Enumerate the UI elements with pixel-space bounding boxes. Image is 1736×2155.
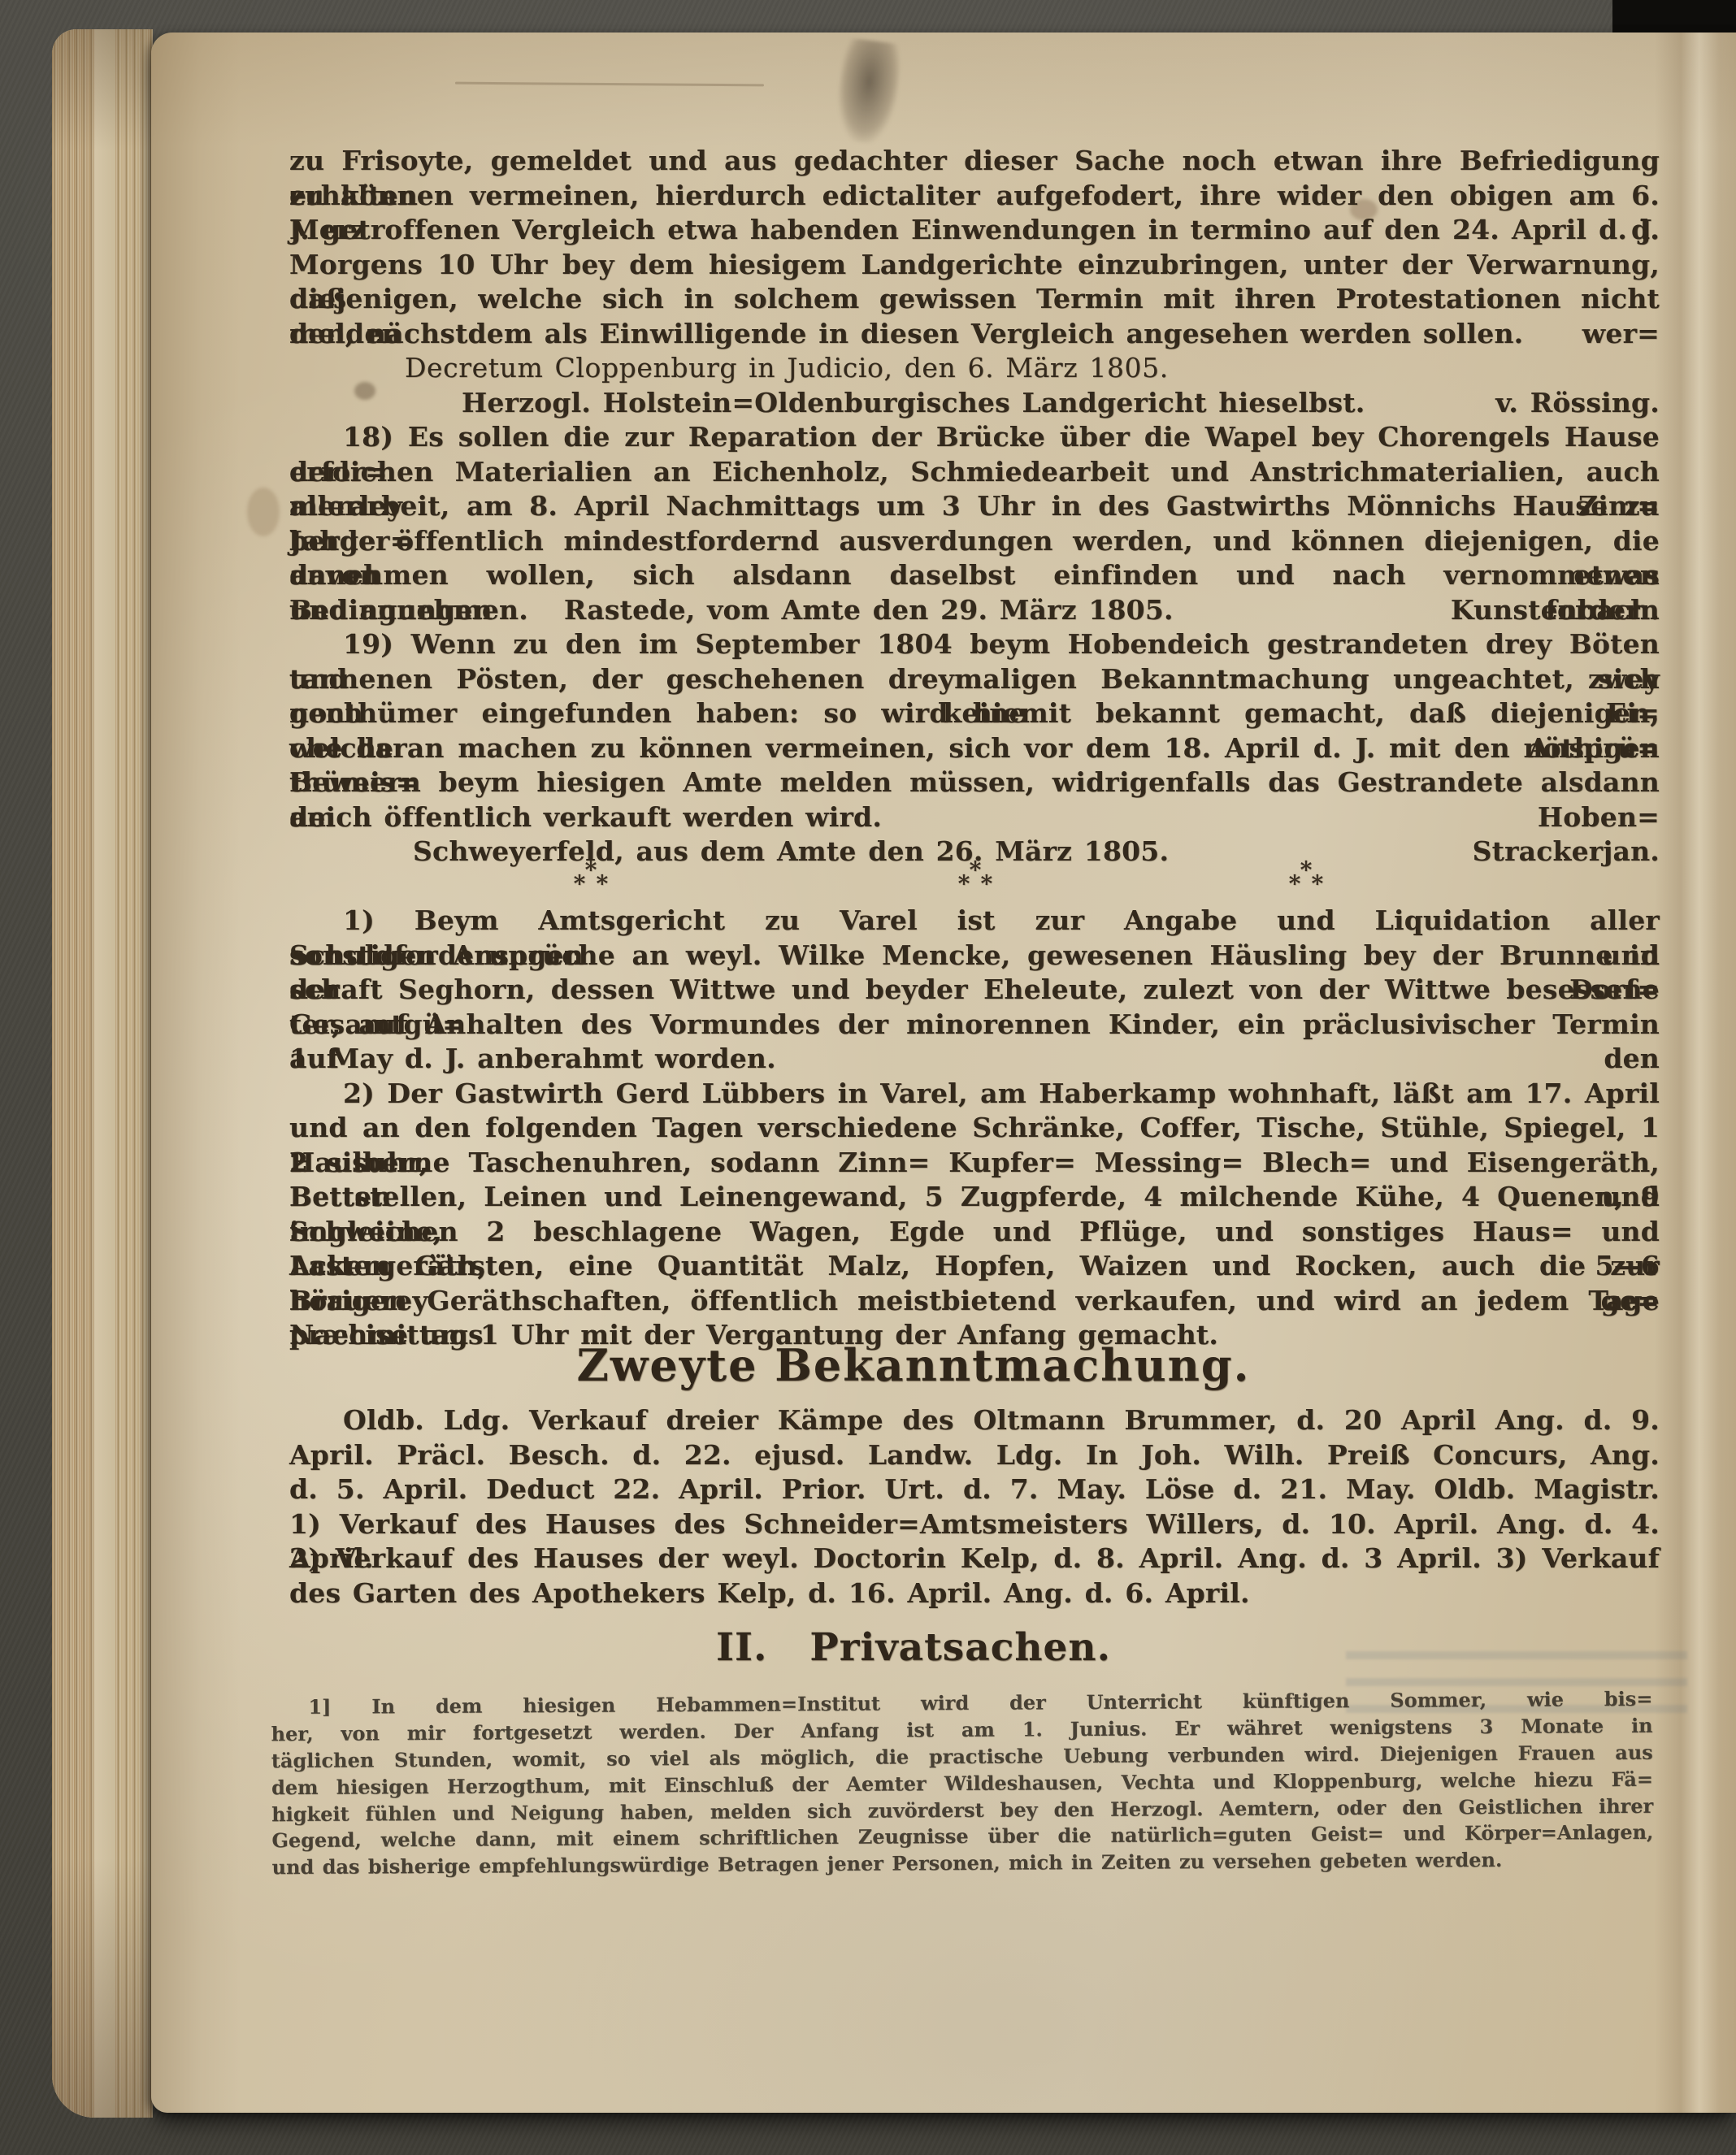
text-line: den, nächstdem als Einwilligende in dies…: [289, 317, 1660, 352]
text-line: 2 silberne Taschenuhren, sodann Zinn= Ku…: [289, 1146, 1660, 1181]
asterism-icon: * * *: [562, 863, 620, 891]
page-gutter-shade: [151, 33, 241, 2113]
stain: [247, 488, 280, 536]
asterism-divider: * * * * * * * * *: [289, 869, 1660, 904]
book-scan: zu Frisoyte, gemeldet und aus gedachter …: [0, 0, 1736, 2155]
asterism-bottom: * *: [1277, 877, 1335, 891]
signature: Strackerjan.: [1473, 835, 1660, 869]
section-title: Privatsachen.: [809, 1625, 1111, 1670]
text-line: merarbeit, am 8. April Nachmittags um 3 …: [289, 489, 1660, 524]
text-line: derlichen Materialien an Eichenholz, Sch…: [289, 455, 1660, 490]
text-line: 1) Verkauf des Hauses des Schneider=Amts…: [289, 1507, 1660, 1542]
text-line: genthümer eingefunden haben: so wird hie…: [289, 696, 1660, 731]
page-edge-shading: [52, 29, 153, 2118]
text-line: d. 5. April. Deduct 22. April. Prior. Ur…: [289, 1472, 1660, 1507]
page-stack-edges: [52, 29, 153, 2118]
text-line: zu Frisoyte, gemeldet und aus gedachter …: [289, 144, 1660, 179]
page-crease: [1655, 33, 1736, 2113]
dateline: Schweyerfeld, aus dem Amte den 26. März …: [413, 835, 1169, 869]
text-line: diejenigen, welche sich in solchem gewis…: [289, 282, 1660, 317]
private-notice-text: 1] In dem hiesigen Hebammen=Institut wir…: [271, 1686, 1653, 1882]
decretum-line: Decretum Cloppenburg in Judicio, den 6. …: [289, 351, 1660, 386]
text-line: tannenen Pösten, der geschehenen dreymal…: [289, 662, 1660, 697]
text-line: Bettstellen, Leinen und Leinengewand, 5 …: [289, 1180, 1660, 1215]
text-line: sonstigen Ansprüche an weyl. Wilke Menck…: [289, 939, 1660, 973]
closing-text: und annehmen.: [289, 593, 528, 628]
text-line: und an den folgenden Tagen verschiedene …: [289, 1111, 1660, 1146]
text-line: 19) Wenn zu den im September 1804 beym H…: [289, 627, 1660, 662]
court-signature-line: Herzogl. Holstein=Oldenburgisches Landge…: [289, 386, 1660, 421]
asterism-bottom: * *: [562, 877, 620, 891]
text-line: imgleichen 2 beschlagene Wagen, Egde und…: [289, 1215, 1660, 1250]
text-line: J. getroffenen Vergleich etwa habenden E…: [289, 213, 1660, 248]
text-line: ter, auf Anhalten des Vormundes der mino…: [289, 1008, 1660, 1043]
fold-line: [455, 82, 764, 87]
text-line: Lasten Gärsten, eine Quantität Malz, Hop…: [289, 1249, 1660, 1284]
signature: Kunstenbach.: [1451, 593, 1660, 628]
text-line: des Garten des Apothekers Kelp, d. 16. A…: [289, 1576, 1660, 1611]
text-line: 2) Der Gastwirth Gerd Lübbers in Varel, …: [289, 1077, 1660, 1112]
dateline: Rastede, vom Amte den 29. März 1805.: [564, 593, 1174, 628]
text-line: che daran machen zu können vermeinen, si…: [289, 731, 1660, 766]
ink-smudge: [833, 37, 904, 146]
text-line: berge öffentlich mindestfordernd ausverd…: [289, 524, 1660, 559]
main-text-column: zu Frisoyte, gemeldet und aus gedachter …: [289, 144, 1660, 1353]
announcements-text-column: Oldb. Ldg. Verkauf dreier Kämpe des Oltm…: [289, 1403, 1660, 1611]
notice18-closing-line: und annehmen. Rastede, vom Amte den 29. …: [289, 593, 1660, 628]
text-line: 18) Es sollen die zur Reparation der Brü…: [289, 420, 1660, 455]
asterism-bottom: * *: [946, 877, 1005, 891]
asterism-icon: * * *: [946, 863, 1005, 891]
text-line: thümern beym hiesigen Amte melden müssen…: [289, 765, 1660, 800]
text-line: Morgens 10 Uhr bey dem hiesigem Landgeri…: [289, 248, 1660, 283]
text-line: Oldb. Ldg. Verkauf dreier Kämpe des Oltm…: [289, 1403, 1660, 1438]
page: zu Frisoyte, gemeldet und aus gedachter …: [151, 33, 1736, 2113]
section-heading-second-announcement: Zweyte Bekanntmachung.: [289, 1339, 1660, 1391]
text-line: annehmen wollen, sich alsdann daselbst e…: [289, 558, 1660, 593]
section-heading-private-matters: II.Privatsachen.: [289, 1625, 1660, 1670]
text-line: hörigen Geräthschaften, öffentlich meist…: [289, 1284, 1660, 1319]
text-line: 2) Verkauf des Hauses der weyl. Doctorin…: [289, 1541, 1660, 1576]
asterism-icon: * * *: [1277, 863, 1335, 891]
text-line: schaft Seghorn, dessen Wittwe und beyder…: [289, 973, 1660, 1008]
section-numeral: II.: [716, 1625, 767, 1670]
signature: v. Rössing.: [1495, 386, 1660, 421]
court-name: Herzogl. Holstein=Oldenburgisches Landge…: [462, 386, 1365, 421]
text-line: zu können vermeinen, hierdurch edictalit…: [289, 179, 1660, 214]
text-line: 1) Beym Amtsgericht zu Varel ist zur Ang…: [289, 904, 1660, 939]
text-line: April. Präcl. Besch. d. 22. ejusd. Landw…: [289, 1438, 1660, 1473]
